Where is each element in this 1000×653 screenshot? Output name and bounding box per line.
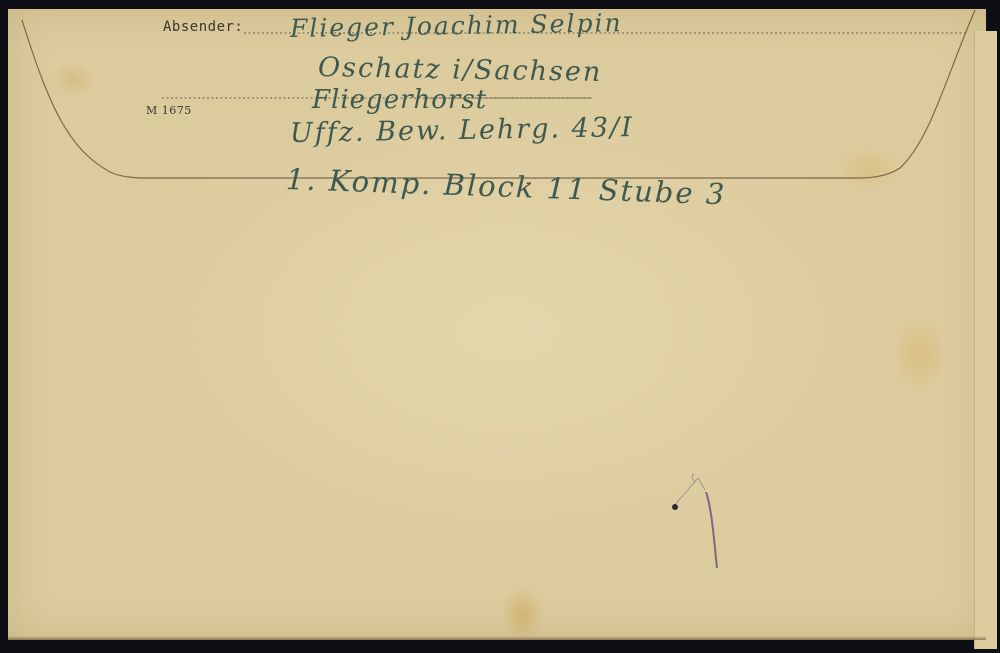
handwritten-line-name: Flieger Joachim Selpin [290, 8, 623, 43]
envelope-flap-outline [0, 0, 1000, 653]
form-number: M 1675 [146, 104, 192, 117]
handwritten-line-base: Fliegerhorst [312, 85, 487, 115]
handwritten-line-city: Oschatz i/Sachsen [318, 52, 603, 88]
handwritten-line-unit: Uffz. Bew. Lehrg. 43/I [290, 112, 634, 149]
sender-label: Absender: [163, 19, 243, 35]
pencil-mark-icon [660, 470, 740, 580]
scanned-envelope-scene: Absender: M 1675 Flieger Joachim Selpin … [0, 0, 1000, 653]
